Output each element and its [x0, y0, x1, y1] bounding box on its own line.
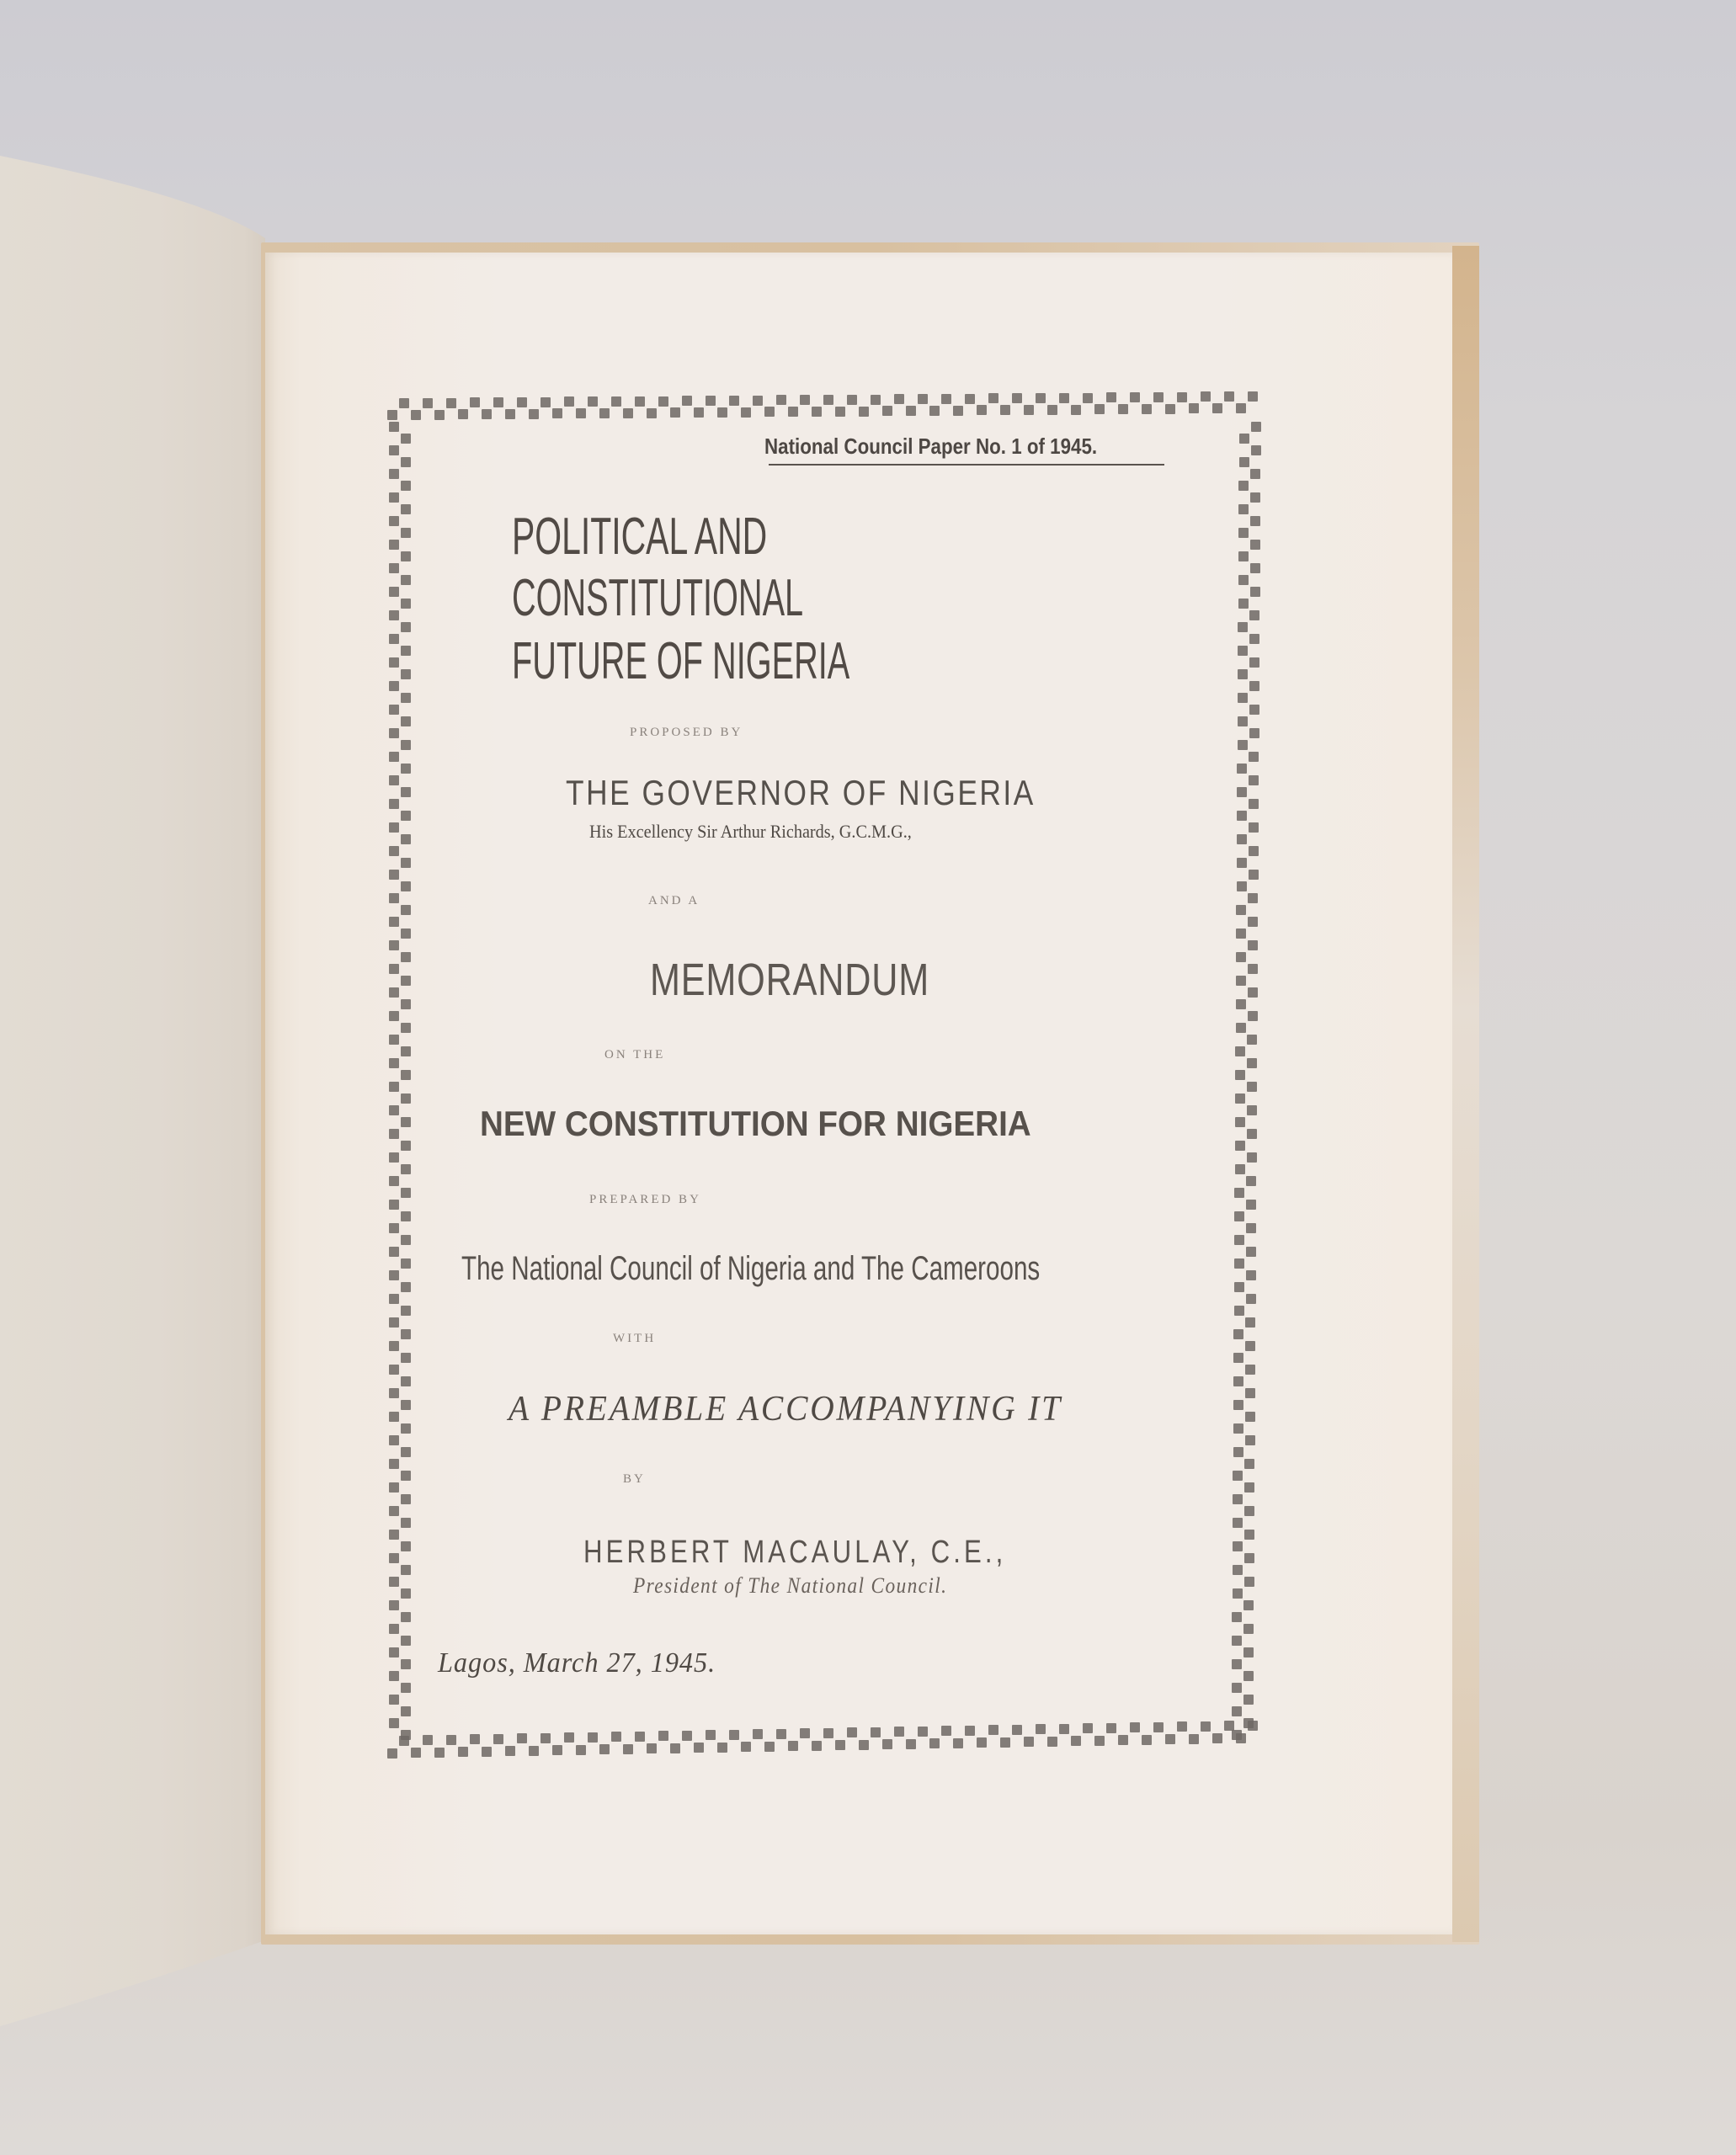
border-square: [389, 846, 399, 856]
border-square: [389, 1152, 399, 1163]
border-square: [658, 396, 668, 407]
border-square: [1249, 822, 1259, 833]
border-square: [694, 407, 704, 418]
border-square: [1232, 1659, 1242, 1669]
border-square: [1249, 610, 1259, 620]
border-square: [401, 1353, 411, 1363]
border-square: [1233, 1447, 1243, 1457]
border-square: [694, 1743, 704, 1753]
border-square: [1238, 740, 1248, 750]
border-square: [1000, 405, 1010, 415]
border-square: [988, 393, 998, 403]
border-square: [389, 1223, 399, 1233]
border-square: [764, 407, 775, 417]
border-square: [1024, 405, 1034, 415]
border-square: [871, 395, 881, 405]
border-square: [1232, 1612, 1242, 1622]
border-square: [389, 1482, 399, 1493]
border-square: [1249, 846, 1259, 856]
border-square: [1233, 1376, 1243, 1386]
by-label: BY: [623, 1472, 646, 1487]
border-square: [493, 1734, 503, 1744]
border-square: [401, 646, 411, 656]
border-square: [741, 407, 751, 418]
border-square: [401, 481, 411, 491]
border-square: [1235, 1093, 1245, 1104]
border-square: [1212, 403, 1222, 413]
border-square: [1232, 1730, 1242, 1740]
border-square: [1244, 1577, 1254, 1587]
border-square: [389, 1459, 399, 1469]
border-square: [1236, 952, 1246, 962]
border-square: [588, 396, 598, 407]
border-square: [1118, 404, 1128, 414]
border-square: [647, 1743, 657, 1753]
on-the-label: ON THE: [604, 1048, 665, 1062]
border-square: [389, 1035, 399, 1045]
border-square: [1249, 657, 1259, 668]
border-square: [1250, 563, 1260, 573]
border-square: [682, 396, 692, 406]
border-square: [1012, 1725, 1022, 1735]
border-square: [1239, 434, 1249, 444]
border-square: [399, 398, 409, 408]
border-square: [1237, 764, 1247, 774]
border-square: [401, 1447, 411, 1457]
border-square: [458, 409, 468, 419]
border-square: [552, 408, 562, 418]
border-square: [588, 1732, 598, 1743]
proposer: THE GOVERNOR OF NIGERIA: [566, 774, 1036, 811]
border-square: [434, 1748, 445, 1758]
border-square: [1094, 1736, 1105, 1746]
place-date: Lagos, March 27, 1945.: [438, 1647, 716, 1679]
border-square: [1224, 391, 1234, 402]
border-square: [753, 396, 763, 406]
border-square: [401, 1164, 411, 1174]
border-square: [623, 1744, 633, 1754]
border-square: [387, 410, 397, 420]
border-square: [1142, 404, 1152, 414]
border-square: [401, 622, 411, 632]
border-square: [1238, 622, 1248, 632]
border-square: [1047, 1737, 1057, 1747]
border-square: [882, 1739, 892, 1749]
border-square: [401, 881, 411, 891]
proposed-by-label: PROPOSED BY: [630, 726, 743, 740]
border-square: [1246, 1176, 1256, 1186]
border-square: [576, 408, 586, 418]
border-square: [411, 410, 421, 420]
border-square: [1238, 528, 1249, 538]
border-square: [389, 1624, 399, 1634]
border-square: [401, 1730, 411, 1740]
border-square: [401, 1565, 411, 1575]
border-square: [1238, 575, 1249, 585]
border-square: [401, 905, 411, 915]
border-square: [482, 409, 492, 419]
border-square: [458, 1747, 468, 1757]
border-square: [401, 1400, 411, 1410]
border-square: [1236, 1023, 1246, 1033]
border-square: [1243, 1647, 1254, 1657]
border-square: [1233, 1588, 1243, 1599]
border-square: [389, 1129, 399, 1139]
border-square: [788, 1741, 798, 1751]
border-square: [1250, 516, 1260, 526]
border-square: [1142, 1735, 1152, 1745]
border-square: [1251, 422, 1261, 432]
border-square: [753, 1729, 763, 1739]
border-square: [1118, 1735, 1128, 1745]
border-square: [1238, 504, 1249, 514]
border-square: [389, 1388, 399, 1398]
border-square: [401, 1070, 411, 1080]
border-square: [401, 1235, 411, 1245]
border-square: [401, 1117, 411, 1127]
border-square: [401, 434, 411, 444]
title-line-2: CONSTITUTIONAL: [512, 572, 803, 625]
border-square: [1244, 1553, 1254, 1563]
border-square: [389, 422, 399, 432]
border-square: [389, 1011, 399, 1021]
border-square: [658, 1731, 668, 1741]
border-square: [1233, 1494, 1243, 1504]
border-square: [576, 1745, 586, 1755]
border-square: [812, 407, 822, 417]
border-square: [706, 396, 716, 406]
border-square: [1245, 1388, 1255, 1398]
border-square: [1000, 1737, 1010, 1748]
border-square: [389, 799, 399, 809]
border-square: [389, 1695, 399, 1705]
border-square: [729, 1730, 739, 1740]
border-square: [505, 1746, 515, 1756]
border-square: [389, 1082, 399, 1092]
border-square: [1234, 1258, 1244, 1269]
border-square: [389, 917, 399, 927]
with-label: WITH: [613, 1332, 656, 1346]
border-square: [1106, 392, 1116, 402]
border-square: [401, 1023, 411, 1033]
border-square: [401, 1636, 411, 1646]
border-square: [389, 587, 399, 597]
border-square: [401, 669, 411, 679]
border-square: [835, 1740, 845, 1750]
border-square: [411, 1748, 421, 1758]
border-square: [517, 397, 527, 407]
border-square: [670, 1743, 680, 1753]
border-square: [929, 1738, 940, 1748]
border-square: [389, 1600, 399, 1610]
border-square: [1165, 1734, 1175, 1744]
border-square: [1248, 917, 1258, 927]
title-line-3: FUTURE OF NIGERIA: [512, 636, 849, 688]
border-square: [1247, 1082, 1257, 1092]
border-square: [599, 408, 610, 418]
border-square: [1244, 1506, 1254, 1516]
border-square: [389, 1247, 399, 1257]
border-square: [423, 398, 433, 408]
border-square: [1247, 1129, 1257, 1139]
border-square: [1212, 1733, 1222, 1743]
border-square: [401, 858, 411, 868]
border-square: [1130, 1722, 1140, 1732]
border-square: [401, 834, 411, 844]
border-square: [1246, 1200, 1256, 1210]
border-square: [1244, 1530, 1254, 1540]
border-square: [401, 999, 411, 1009]
border-square: [1233, 1353, 1243, 1363]
border-square: [823, 395, 833, 405]
proposer-detail: His Excellency Sir Arthur Richards, G.C.…: [589, 821, 912, 843]
border-square: [1233, 1329, 1243, 1339]
border-square: [1249, 681, 1259, 691]
border-square: [1246, 1223, 1256, 1233]
border-square: [401, 929, 411, 939]
border-square: [1243, 1600, 1254, 1610]
border-square: [1036, 393, 1046, 403]
border-square: [1245, 1412, 1255, 1422]
series-header: National Council Paper No. 1 of 1945.: [764, 434, 1097, 460]
border-square: [776, 1729, 786, 1739]
border-square: [1250, 469, 1260, 479]
border-square: [401, 457, 411, 467]
border-square: [635, 396, 645, 407]
book-board-edge: [1452, 246, 1479, 1942]
border-square: [517, 1733, 527, 1743]
border-square: [389, 1317, 399, 1328]
border-square: [401, 1612, 411, 1622]
border-square: [623, 408, 633, 418]
border-square: [859, 1740, 869, 1750]
border-square: [1247, 1035, 1257, 1045]
border-square: [401, 1706, 411, 1716]
border-square: [764, 1742, 775, 1752]
prepared-by-label: PREPARED BY: [589, 1193, 701, 1207]
border-square: [1235, 1164, 1245, 1174]
border-square: [389, 1294, 399, 1304]
border-square: [1234, 1282, 1244, 1292]
border-square: [1245, 1365, 1255, 1375]
border-square: [401, 551, 411, 561]
border-square: [564, 1732, 574, 1743]
border-square: [401, 976, 411, 986]
border-square: [1248, 391, 1258, 402]
border-square: [1243, 1718, 1254, 1728]
border-square: [389, 1671, 399, 1681]
border-square: [389, 1412, 399, 1422]
border-square: [389, 540, 399, 550]
border-square: [389, 1647, 399, 1657]
border-square: [401, 1588, 411, 1599]
border-square: [1153, 1722, 1164, 1732]
border-square: [1059, 1724, 1069, 1734]
border-square: [1250, 492, 1260, 503]
border-square: [389, 1718, 399, 1728]
border-square: [401, 811, 411, 821]
border-square: [401, 1258, 411, 1269]
border-square: [389, 492, 399, 503]
border-square: [564, 396, 574, 407]
title-page: [265, 253, 1452, 1934]
border-square: [389, 1200, 399, 1210]
border-square: [1165, 404, 1175, 414]
border-square: [682, 1731, 692, 1741]
border-square: [647, 408, 657, 418]
border-square: [706, 1730, 716, 1740]
border-square: [401, 504, 411, 514]
border-square: [446, 1735, 456, 1745]
border-square: [1246, 1270, 1256, 1280]
border-square: [1177, 1721, 1187, 1732]
title-line-1: POLITICAL AND: [512, 511, 767, 563]
border-square: [389, 610, 399, 620]
border-square: [1201, 1721, 1211, 1732]
border-square: [1236, 403, 1246, 413]
border-square: [1234, 1306, 1244, 1316]
border-square: [635, 1732, 645, 1742]
border-square: [529, 1746, 539, 1756]
border-square: [741, 1742, 751, 1752]
border-square: [1233, 1565, 1243, 1575]
border-square: [401, 1518, 411, 1528]
border-square: [776, 395, 786, 405]
border-square: [1153, 392, 1164, 402]
border-square: [1249, 705, 1259, 715]
border-square: [1071, 405, 1081, 415]
border-square: [1243, 1624, 1254, 1634]
border-square: [1251, 445, 1261, 455]
border-square: [1235, 1117, 1245, 1127]
border-square: [1238, 716, 1248, 726]
border-square: [389, 822, 399, 833]
border-square: [1071, 1736, 1081, 1746]
border-square: [1237, 881, 1247, 891]
preamble-heading: A PREAMBLE ACCOMPANYING IT: [509, 1391, 1062, 1428]
border-square: [401, 787, 411, 797]
border-square: [482, 1747, 492, 1757]
border-square: [389, 964, 399, 974]
border-square: [401, 1423, 411, 1434]
border-square: [1233, 1518, 1243, 1528]
border-square: [1235, 1141, 1245, 1151]
border-square: [1177, 392, 1187, 402]
border-square: [1243, 1695, 1254, 1705]
border-square: [1233, 1471, 1243, 1481]
border-square: [1245, 1341, 1255, 1351]
border-square: [389, 1105, 399, 1115]
border-square: [1237, 811, 1247, 821]
author-title: President of The National Council.: [633, 1573, 947, 1599]
border-square: [389, 1341, 399, 1351]
border-square: [941, 394, 951, 404]
border-square: [401, 1211, 411, 1221]
border-square: [788, 407, 798, 417]
border-square: [1246, 1247, 1256, 1257]
border-square: [389, 705, 399, 715]
border-square: [1238, 693, 1248, 703]
border-square: [470, 397, 480, 407]
border-square: [1249, 728, 1259, 738]
border-square: [1247, 1105, 1257, 1115]
border-square: [493, 397, 503, 407]
border-square: [1236, 929, 1246, 939]
border-square: [1238, 481, 1249, 491]
border-square: [401, 1188, 411, 1198]
border-square: [1234, 1211, 1244, 1221]
border-square: [1248, 987, 1258, 998]
border-square: [800, 395, 810, 405]
border-square: [401, 1306, 411, 1316]
border-square: [389, 445, 399, 455]
border-square: [401, 599, 411, 609]
border-square: [389, 563, 399, 573]
border-square: [423, 1735, 433, 1745]
border-square: [941, 1726, 951, 1736]
border-square: [1248, 964, 1258, 974]
left-page-verso: [0, 156, 265, 2029]
border-square: [389, 1506, 399, 1516]
border-square: [401, 1093, 411, 1104]
border-square: [823, 1728, 833, 1738]
border-square: [717, 1743, 727, 1753]
border-square: [389, 1553, 399, 1563]
border-square: [729, 396, 739, 406]
border-square: [717, 407, 727, 418]
border-square: [800, 1728, 810, 1738]
border-square: [1236, 999, 1246, 1009]
border-square: [1249, 634, 1259, 644]
border-square: [389, 1577, 399, 1587]
border-square: [387, 1748, 397, 1759]
author-name: HERBERT MACAULAY, C.E.,: [583, 1535, 1006, 1569]
border-square: [401, 1141, 411, 1151]
border-square: [882, 406, 892, 416]
border-square: [401, 764, 411, 774]
border-square: [541, 397, 551, 407]
border-square: [1024, 1737, 1034, 1747]
border-square: [1233, 1400, 1243, 1410]
border-square: [835, 407, 845, 417]
border-square: [1243, 1671, 1254, 1681]
border-square: [389, 728, 399, 738]
border-square: [389, 657, 399, 668]
border-square: [918, 394, 928, 404]
border-square: [389, 1365, 399, 1375]
border-square: [401, 952, 411, 962]
border-square: [611, 396, 621, 407]
border-square: [1236, 976, 1246, 986]
border-square: [401, 1659, 411, 1669]
border-square: [611, 1732, 621, 1742]
border-square: [1247, 1152, 1257, 1163]
border-square: [906, 1739, 916, 1749]
border-square: [1047, 405, 1057, 415]
subject-heading: NEW CONSTITUTION FOR NIGERIA: [480, 1105, 1031, 1142]
border-square: [847, 1727, 857, 1737]
border-square: [1232, 1636, 1242, 1646]
border-square: [401, 1329, 411, 1339]
border-square: [552, 1745, 562, 1755]
border-square: [1249, 870, 1259, 880]
border-square: [389, 870, 399, 880]
border-square: [1189, 1734, 1199, 1744]
border-square: [389, 987, 399, 998]
border-square: [389, 1435, 399, 1445]
border-square: [1235, 1070, 1245, 1080]
border-square: [1245, 1435, 1255, 1445]
